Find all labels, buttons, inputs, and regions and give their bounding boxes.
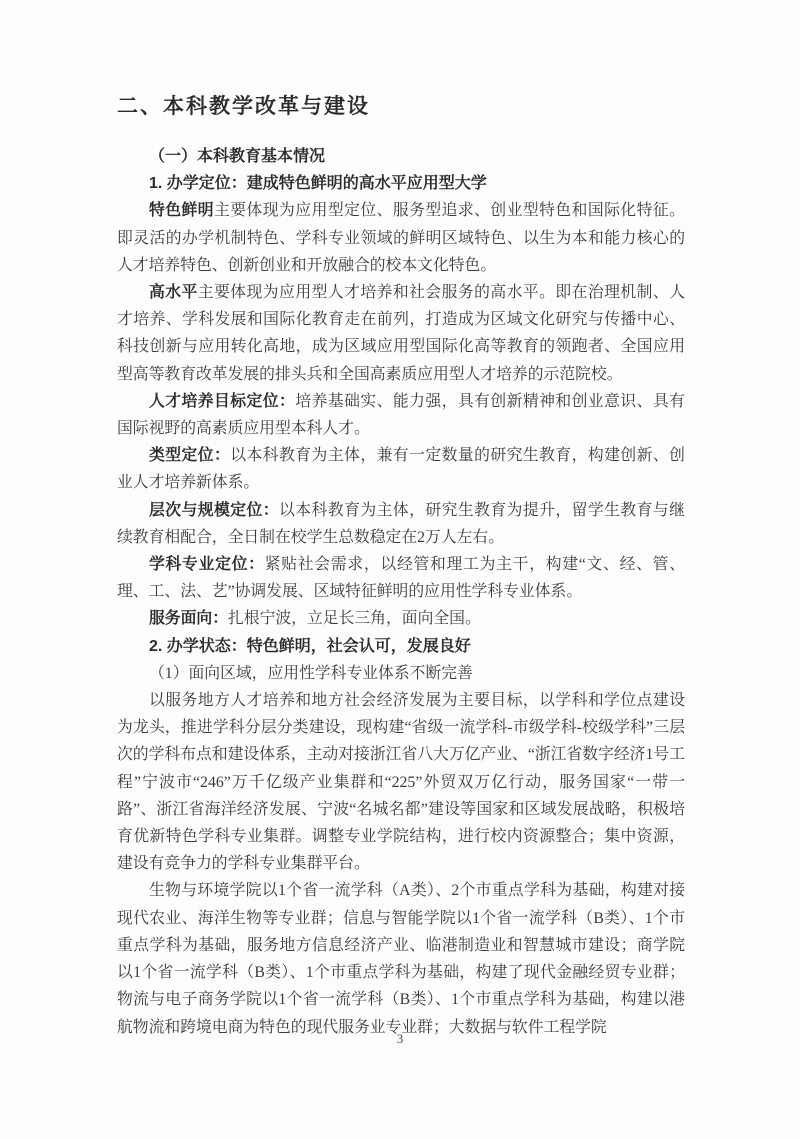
section-heading: （一）本科教育基本情况	[117, 143, 685, 170]
sub-heading-status: 2. 办学状态：特色鲜明，社会认可，发展良好	[117, 633, 685, 660]
page-number: 3	[0, 1031, 800, 1047]
sub-heading-positioning: 1. 办学定位：建成特色鲜明的高水平应用型大学	[117, 170, 685, 197]
paragraph-tese-xianming: 特色鲜明主要体现为应用型定位、服务型追求、创业型特色和国际化特征。即灵活的办学机…	[117, 197, 685, 279]
paragraph-region-service: 以服务地方人才培养和地方社会经济发展为主要目标，以学科和学位点建设为龙头，推进学…	[117, 687, 685, 877]
document-page: 二、本科教学改革与建设 （一）本科教育基本情况 1. 办学定位：建成特色鲜明的高…	[0, 0, 800, 1139]
bold-lead: 类型定位：	[149, 447, 230, 464]
paragraph-item-1: （1）面向区域，应用性学科专业体系不断完善	[117, 660, 685, 687]
paragraph-service-orientation: 服务面向：扎根宁波，立足长三角，面向全国。	[117, 605, 685, 632]
bold-lead: 学科专业定位：	[149, 556, 265, 573]
para-text: 主要体现为应用型人才培养和社会服务的高水平。即在治理机制、人才培养、学科发展和国…	[117, 284, 685, 383]
bold-lead: 人才培养目标定位：	[149, 393, 295, 410]
paragraph-colleges: 生物与环境学院以1个省一流学科（A类）、2个市重点学科为基础，构建对接现代农业、…	[117, 877, 685, 1040]
paragraph-type-positioning: 类型定位：以本科教育为主体，兼有一定数量的研究生教育，构建创新、创业人才培养新体…	[117, 442, 685, 496]
para-text: 扎根宁波，立足长三角，面向全国。	[228, 610, 481, 627]
bold-lead: 服务面向：	[149, 610, 228, 627]
bold-lead: 特色鲜明	[149, 202, 214, 219]
document-content: 二、本科教学改革与建设 （一）本科教育基本情况 1. 办学定位：建成特色鲜明的高…	[117, 92, 685, 1041]
doc-title: 二、本科教学改革与建设	[117, 92, 685, 122]
paragraph-talent-goal: 人才培养目标定位：培养基础实、能力强，具有创新精神和创业意识、具有国际视野的高素…	[117, 388, 685, 442]
bold-lead: 高水平	[149, 284, 198, 301]
paragraph-discipline: 学科专业定位：紧贴社会需求，以经管和理工为主干，构建“文、经、管、理、工、法、艺…	[117, 551, 685, 605]
paragraph-gaoshuiping: 高水平主要体现为应用型人才培养和社会服务的高水平。即在治理机制、人才培养、学科发…	[117, 279, 685, 388]
paragraph-level-scale: 层次与规模定位：以本科教育为主体，研究生教育为提升，留学生教育与继续教育相配合，…	[117, 497, 685, 551]
bold-lead: 层次与规模定位：	[149, 502, 279, 519]
